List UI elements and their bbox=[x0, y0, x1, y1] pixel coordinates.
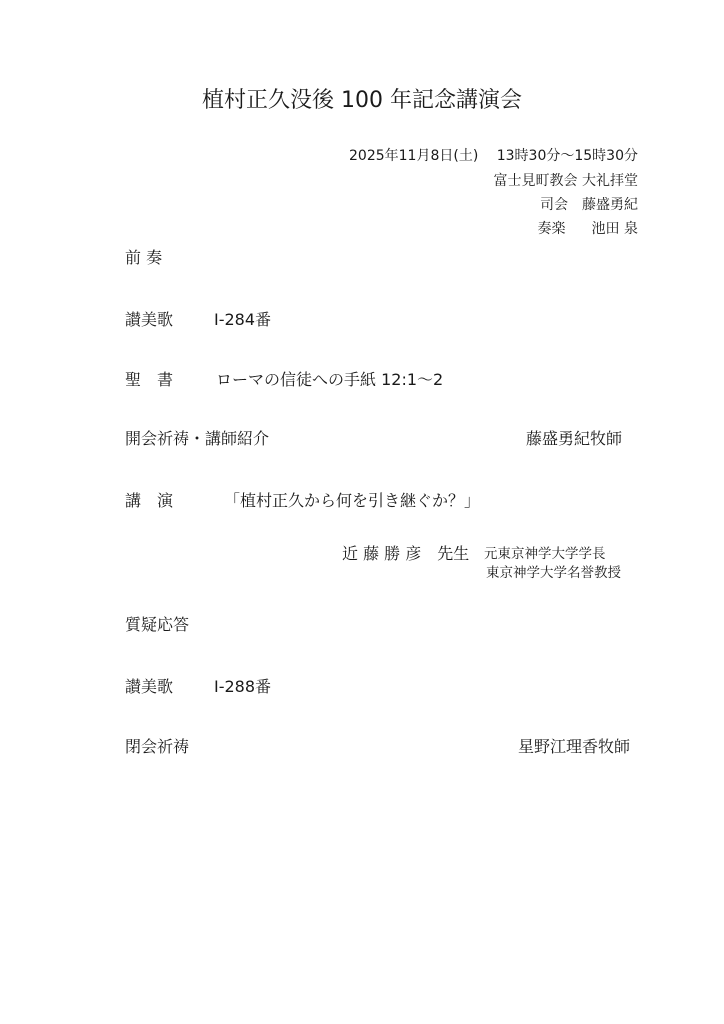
document-title: 植村正久没後 100 年記念講演会 bbox=[0, 90, 724, 112]
hymn2-number: Ⅰ-288番 bbox=[214, 679, 271, 695]
event-datetime: 2025年11月8日(土) 13時30分～15時30分 bbox=[349, 149, 638, 163]
closing-prayer-label: 閉会祈祷 bbox=[125, 739, 189, 755]
event-venue: 富士見町教会 大礼拝堂 bbox=[494, 174, 638, 188]
opening-prayer-label: 開会祈祷・講師紹介 bbox=[125, 431, 269, 447]
music-label: 奏楽 bbox=[538, 221, 566, 237]
speaker-title-1: 元東京神学大学学長 bbox=[484, 548, 606, 562]
lecture-speaker: 近 藤 勝 彦 先生 bbox=[342, 546, 469, 562]
mc-name: 藤盛勇紀 bbox=[582, 197, 638, 213]
speaker-title-2: 東京神学大学名誉教授 bbox=[486, 567, 621, 581]
prelude-label: 前 奏 bbox=[125, 250, 162, 266]
scripture-label: 聖 書 bbox=[125, 372, 173, 388]
lecture-label: 講 演 bbox=[125, 493, 173, 509]
opening-prayer-person: 藤盛勇紀牧師 bbox=[526, 431, 622, 447]
hymn1-label: 讃美歌 bbox=[125, 312, 173, 328]
mc-line: 司会藤盛勇紀 bbox=[540, 198, 638, 212]
mc-label: 司会 bbox=[540, 197, 568, 213]
scripture-reference: ローマの信徒への手紙 12:1～2 bbox=[216, 372, 443, 388]
lecture-title: 「植村正久から何を引き継ぐか？」 bbox=[224, 493, 480, 509]
music-line: 奏楽池田 泉 bbox=[538, 222, 638, 236]
closing-prayer-person: 星野江理香牧師 bbox=[518, 739, 630, 755]
hymn2-label: 讃美歌 bbox=[125, 679, 173, 695]
hymn1-number: Ⅰ-284番 bbox=[214, 312, 271, 328]
music-name: 池田 泉 bbox=[592, 221, 638, 237]
qa-label: 質疑応答 bbox=[125, 617, 189, 633]
